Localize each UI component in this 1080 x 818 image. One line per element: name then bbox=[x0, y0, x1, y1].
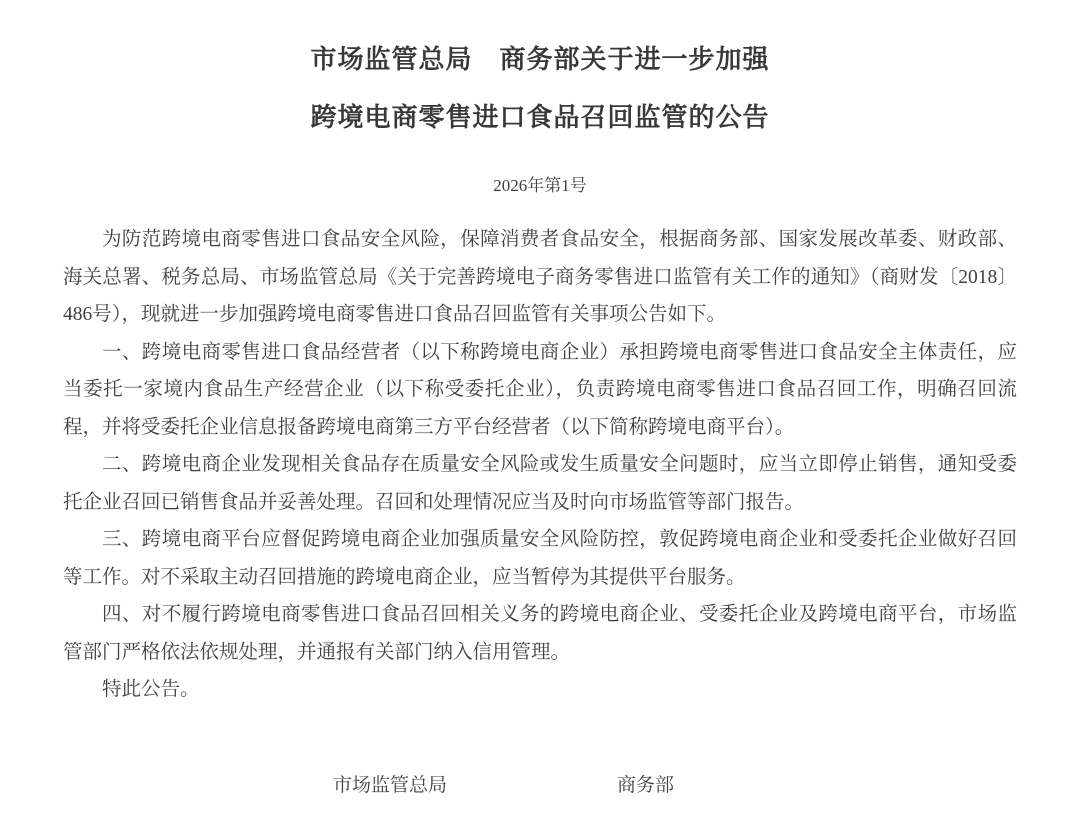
paragraph-item-4: 四、对不履行跨境电商零售进口食品召回相关义务的跨境电商企业、受委托企业及跨境电商… bbox=[63, 596, 1017, 671]
paragraph-item-3: 三、跨境电商平台应督促跨境电商企业加强质量安全风险防控，敦促跨境电商企业和受委托… bbox=[63, 521, 1017, 596]
document-title-line-2: 跨境电商零售进口食品召回监管的公告 bbox=[63, 88, 1017, 146]
paragraph-item-1: 一、跨境电商零售进口食品经营者（以下称跨境电商企业）承担跨境电商零售进口食品安全… bbox=[63, 334, 1017, 447]
signature-agency-1: 市场监管总局 bbox=[333, 771, 447, 801]
document-title-line-1: 市场监管总局 商务部关于进一步加强 bbox=[63, 30, 1017, 88]
document-page: 市场监管总局 商务部关于进一步加强 跨境电商零售进口食品召回监管的公告 2026… bbox=[0, 0, 1080, 818]
signature-row: 市场监管总局 商务部 bbox=[63, 771, 1017, 801]
signature-agency-2: 商务部 bbox=[617, 771, 674, 801]
document-title: 市场监管总局 商务部关于进一步加强 跨境电商零售进口食品召回监管的公告 bbox=[63, 30, 1017, 146]
doc-number: 2026年第1号 bbox=[63, 171, 1017, 201]
paragraph-closing: 特此公告。 bbox=[63, 671, 1017, 709]
paragraph-item-2: 二、跨境电商企业发现相关食品存在质量安全风险或发生质量安全问题时，应当立即停止销… bbox=[63, 446, 1017, 521]
document-body: 为防范跨境电商零售进口食品安全风险，保障消费者食品安全，根据商务部、国家发展改革… bbox=[63, 221, 1017, 709]
paragraph-intro: 为防范跨境电商零售进口食品安全风险，保障消费者食品安全，根据商务部、国家发展改革… bbox=[63, 221, 1017, 334]
